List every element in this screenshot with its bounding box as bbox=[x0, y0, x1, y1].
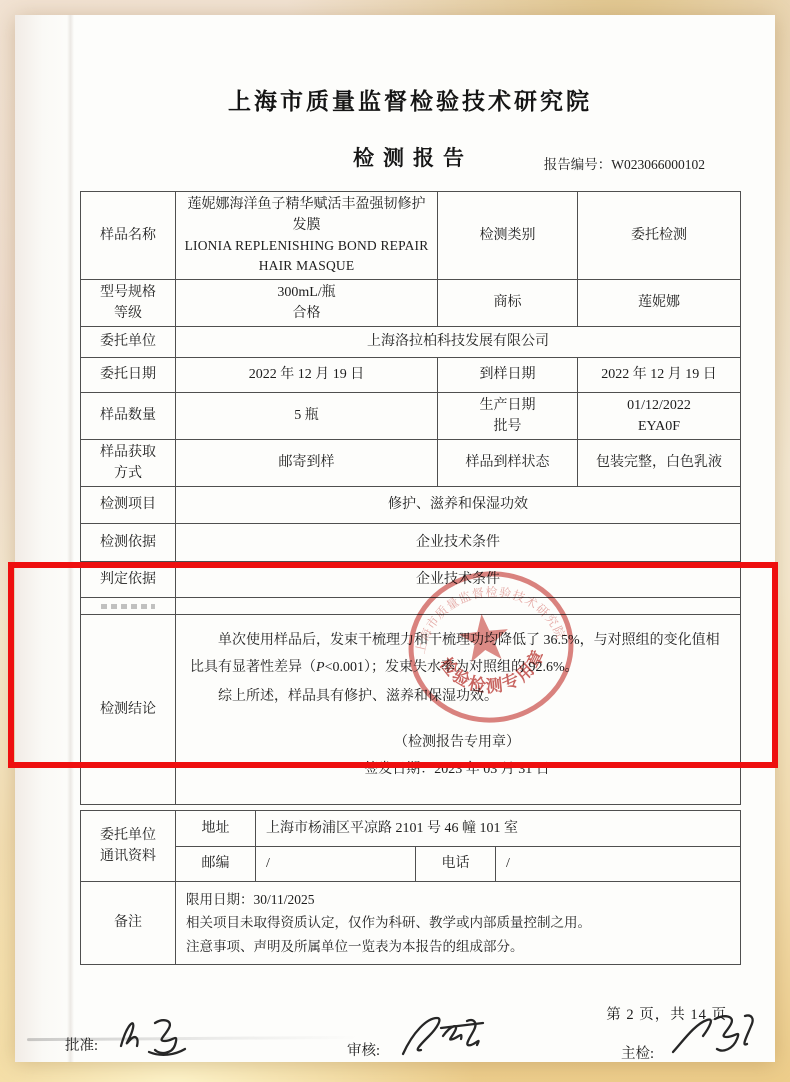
remarks-line-2: 相关项目未取得资质认定，仅作为科研、教学或内部质量控制之用。 bbox=[186, 911, 730, 935]
test-items-label: 检测项目 bbox=[81, 486, 176, 523]
remarks-content: 限用日期：30/11/2025 相关项目未取得资质认定，仅作为科研、教学或内部质… bbox=[176, 881, 741, 965]
sample-state-label: 样品到样状态 bbox=[438, 439, 578, 486]
phone-value: / bbox=[496, 846, 741, 881]
stamp-star-icon bbox=[457, 611, 511, 663]
sample-name-cn: 莲妮娜海洋鱼子精华赋活丰盈强韧修护发膜 bbox=[182, 194, 431, 236]
report-title-row: 检测报告 报告编号：W023066000102 bbox=[15, 142, 775, 176]
report-title: 检测报告 bbox=[353, 142, 473, 172]
report-number-label: 报告编号： bbox=[544, 157, 612, 172]
sample-qty-label: 样品数量 bbox=[81, 392, 176, 439]
obscured-row-label bbox=[81, 597, 176, 614]
conclusion-label: 检测结论 bbox=[81, 614, 176, 804]
address-value: 上海市杨浦区平凉路 2101 号 46 幢 101 室 bbox=[256, 810, 741, 846]
production-batch-value: 01/12/2022 EYA0F bbox=[578, 392, 741, 439]
sample-state-value: 包装完整，白色乳液 bbox=[578, 439, 741, 486]
seal-caption: （检测报告专用章） bbox=[190, 730, 724, 757]
sample-name-value: 莲妮娜海洋鱼子精华赋活丰盈强韧修护发膜 LIONIA REPLENISHING … bbox=[176, 192, 438, 280]
table-row: 检测项目 修护、滋养和保湿功效 bbox=[81, 486, 741, 523]
remarks-label: 备注 bbox=[81, 881, 176, 965]
table-row: 委托日期 2022 年 12 月 19 日 到样日期 2022 年 12 月 1… bbox=[81, 357, 741, 392]
brand-value: 莲妮娜 bbox=[578, 279, 741, 326]
test-basis-label: 检测依据 bbox=[81, 523, 176, 561]
judgement-basis-label: 判定依据 bbox=[81, 561, 176, 597]
production-batch-label: 生产日期 批号 bbox=[438, 392, 578, 439]
zip-value: / bbox=[256, 846, 416, 881]
acquisition-label: 样品获取 方式 bbox=[81, 439, 176, 486]
approver-signature bbox=[111, 1010, 231, 1062]
table-row: 委托单位 通讯资料 地址 上海市杨浦区平凉路 2101 号 46 幢 101 室 bbox=[81, 810, 741, 846]
photo-background: { "header": { "org_name": "上海市质量监督检验技术研究… bbox=[0, 0, 790, 1082]
report-paper: 上海市质量监督检验技术研究院 检测报告 报告编号：W023066000102 样… bbox=[15, 15, 775, 1062]
organization-title: 上海市质量监督检验技术研究院 bbox=[15, 83, 775, 116]
acquisition-value: 邮寄到样 bbox=[176, 439, 438, 486]
issue-date: 签发日期：2023 年 03 月 31 日 bbox=[190, 757, 724, 784]
client-value: 上海洛拉柏科技发展有限公司 bbox=[176, 326, 741, 357]
approve-label: 批准: bbox=[65, 1034, 98, 1055]
table-row: 备注 限用日期：30/11/2025 相关项目未取得资质认定，仅作为科研、教学或… bbox=[81, 881, 741, 965]
page-number: 第 2 页，共 14 页 bbox=[606, 1003, 727, 1024]
brand-label: 商标 bbox=[438, 279, 578, 326]
table-row: 邮编 / 电话 / bbox=[81, 846, 741, 881]
remarks-line-1: 限用日期：30/11/2025 bbox=[186, 888, 730, 912]
test-basis-value: 企业技术条件 bbox=[176, 523, 741, 561]
sample-name-en1: LIONIA REPLENISHING BOND REPAIR bbox=[182, 236, 431, 256]
model-label: 型号规格 等级 bbox=[81, 279, 176, 326]
phone-label: 电话 bbox=[416, 846, 496, 881]
table-row: 样品名称 莲妮娜海洋鱼子精华赋活丰盈强韧修护发膜 LIONIA REPLENIS… bbox=[81, 192, 741, 280]
test-type-label: 检测类别 bbox=[438, 192, 578, 280]
model-value: 300mL/瓶 合格 bbox=[176, 279, 438, 326]
arrival-date-label: 到样日期 bbox=[438, 357, 578, 392]
zip-label: 邮编 bbox=[176, 846, 256, 881]
p-value-italic: P bbox=[316, 660, 325, 675]
test-type-value: 委托检测 bbox=[578, 192, 741, 280]
arrival-date-value: 2022 年 12 月 19 日 bbox=[578, 357, 741, 392]
report-number: 报告编号：W023066000102 bbox=[544, 153, 705, 173]
sample-qty-value: 5 瓶 bbox=[176, 392, 438, 439]
reviewer-signature bbox=[393, 1012, 498, 1064]
table-row: 样品数量 5 瓶 生产日期 批号 01/12/2022 EYA0F bbox=[81, 392, 741, 439]
test-items-value: 修护、滋养和保湿功效 bbox=[176, 486, 741, 523]
report-number-value: W023066000102 bbox=[611, 157, 705, 172]
contact-section-label: 委托单位 通讯资料 bbox=[81, 810, 176, 881]
commission-date-label: 委托日期 bbox=[81, 357, 176, 392]
commission-date-value: 2022 年 12 月 19 日 bbox=[176, 357, 438, 392]
remarks-line-3: 注意事项、声明及所属单位一览表为本报告的组成部分。 bbox=[186, 935, 730, 959]
remarks-table: 备注 限用日期：30/11/2025 相关项目未取得资质认定，仅作为科研、教学或… bbox=[80, 881, 741, 966]
client-label: 委托单位 bbox=[81, 326, 176, 357]
inspection-seal-stamp: 上海市质量监督检验技术研究院 检验检测专用章 bbox=[401, 569, 581, 729]
table-row: 样品获取 方式 邮寄到样 样品到样状态 包装完整，白色乳液 bbox=[81, 439, 741, 486]
chief-label: 主检: bbox=[621, 1042, 654, 1063]
address-label: 地址 bbox=[176, 810, 256, 846]
review-label: 审核: bbox=[347, 1039, 380, 1060]
sample-name-label: 样品名称 bbox=[81, 192, 176, 280]
table-row: 委托单位 上海洛拉柏科技发展有限公司 bbox=[81, 326, 741, 357]
sample-name-en2: HAIR MASQUE bbox=[182, 256, 431, 276]
table-row: 检测依据 企业技术条件 bbox=[81, 523, 741, 561]
table-row: 型号规格 等级 300mL/瓶 合格 商标 莲妮娜 bbox=[81, 279, 741, 326]
contact-table: 委托单位 通讯资料 地址 上海市杨浦区平凉路 2101 号 46 幢 101 室… bbox=[80, 810, 741, 882]
